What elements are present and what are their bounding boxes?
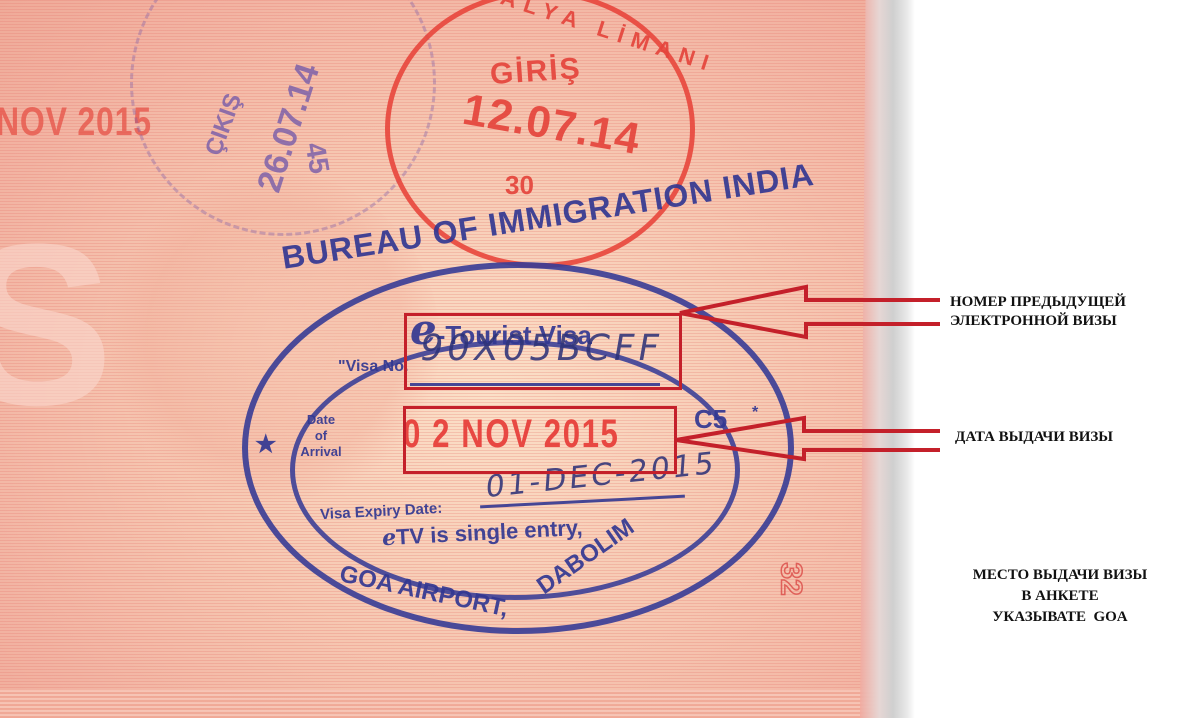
annotation-line: ЭЛЕКТРОННОЙ ВИЗЫ [950, 312, 1126, 331]
entry-stamp-label: GİRİŞ [489, 52, 583, 92]
annotated-passport-photo: S NOV 2015 ÇIKIŞ 26.07.14 45 ANTALYA LİM… [0, 0, 1200, 718]
page-number: 32 [774, 562, 808, 595]
annotation-line: В АНКЕТЕ [930, 586, 1190, 607]
counter-code: C5 [694, 404, 727, 435]
star-icon: ★ [255, 430, 277, 459]
arrival-label-line: of [286, 428, 356, 444]
issue-date-annotation: ДАТА ВЫДАЧИ ВИЗЫ [955, 428, 1113, 447]
entry-stamp-number: 30 [505, 170, 534, 201]
arrival-label-line: Arrival [286, 444, 356, 460]
arrival-label-line: Date [286, 412, 356, 428]
e-prefix: e [381, 525, 396, 552]
faint-date-stamp: NOV 2015 [0, 100, 152, 145]
small-star-icon: * [752, 404, 758, 422]
date-of-arrival-label: Date of Arrival [286, 412, 356, 460]
annotation-line: МЕСТО ВЫДАЧИ ВИЗЫ [930, 565, 1190, 586]
issue-place-annotation: МЕСТО ВЫДАЧИ ВИЗЫ В АНКЕТЕ УКАЗЫВАТЕ GOA [930, 565, 1190, 628]
passport-page-stack [0, 690, 880, 718]
watermark-letter: S [0, 210, 113, 440]
annotation-line: НОМЕР ПРЕДЫДУЩЕЙ [950, 293, 1126, 312]
visa-no-label: "Visa No. [338, 358, 408, 376]
issue-date-highlight-box [403, 406, 677, 474]
passport-edge-shadow [860, 0, 915, 718]
visa-number-highlight-box [404, 313, 682, 390]
annotation-line: УКАЗЫВАТЕ GOA [930, 607, 1190, 628]
exit-stamp-number: 45 [298, 140, 335, 176]
visa-number-annotation: НОМЕР ПРЕДЫДУЩЕЙ ЭЛЕКТРОННОЙ ВИЗЫ [950, 293, 1126, 331]
